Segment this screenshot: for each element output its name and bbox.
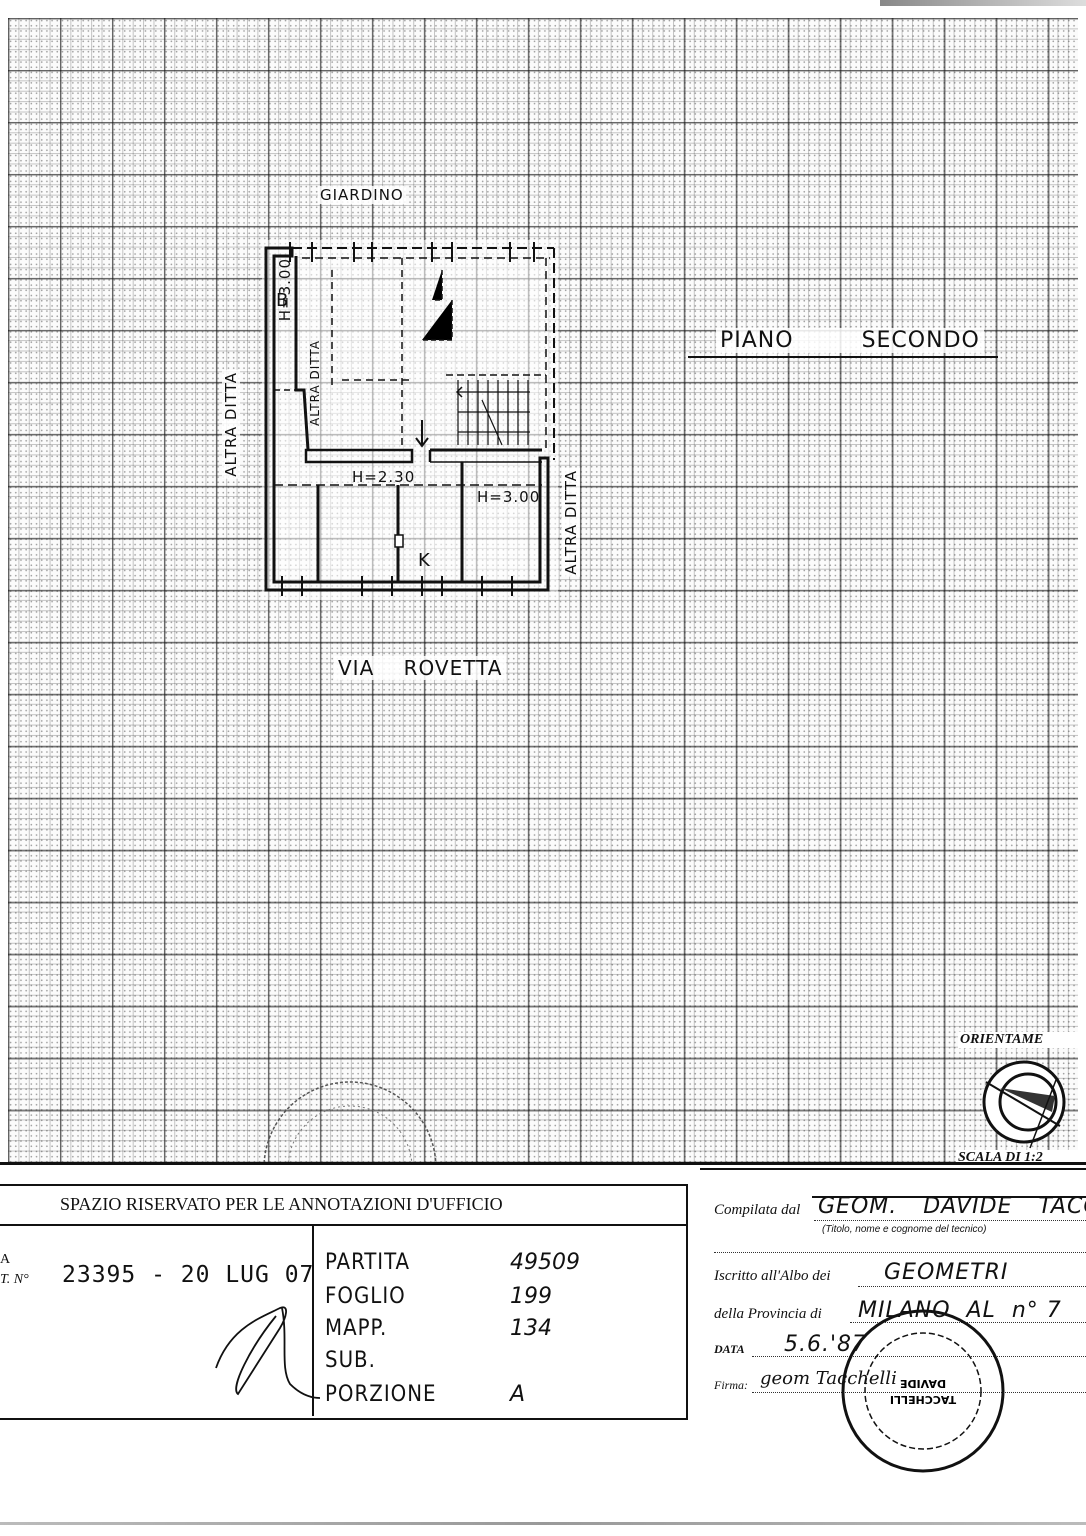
divider-right [700,1168,1086,1170]
porzione-value: A [510,1382,525,1407]
porzione-label: PORZIONE [325,1382,437,1407]
handwritten-mark-icon [210,1298,320,1408]
compiled-by-hint: (Titolo, nome e cognome del tecnico) [822,1224,986,1235]
prot-number: 23395 - 20 LUG 07 [62,1262,314,1288]
room-k-label: K [418,550,431,571]
svg-text:TACCHELLI: TACCHELLI [890,1393,956,1406]
professional-stamp-icon: TACCHELLI DAVIDE [838,1306,1008,1476]
office-box-header-divider [0,1224,688,1226]
office-box-title: SPAZIO RISERVATO PER LE ANNOTAZIONI D'UF… [60,1194,503,1215]
prot-label: T. N° [0,1272,29,1288]
floor-title: PIANO SECONDO [716,328,984,353]
height-label-room: H=3.00 [477,488,540,506]
orientation-label: ORIENTAME [958,1032,1082,1048]
albo-value: GEOMETRI [884,1260,1008,1285]
albo-label: Iscritto all'Albo dei [714,1268,831,1285]
mapp-value: 134 [510,1316,552,1341]
floor-plan: B H=3.00 ALTRA DITTA H=2.30 H=3.00 K [262,240,558,600]
north-label: GIARDINO [318,186,406,204]
scan-edge [880,0,1086,6]
floor-plan-drawing [262,240,558,600]
partita-label: PARTITA [325,1250,410,1275]
scan-edge-bottom [0,1522,1086,1525]
compiled-by-value: GEOM. DAVIDE TACCH [818,1194,1086,1219]
foglio-value: 199 [510,1284,552,1309]
blank-line [714,1252,1086,1253]
compiled-by-label: Compilata dal [714,1202,800,1219]
svg-text:DAVIDE: DAVIDE [900,1377,946,1390]
divider-top [0,1162,1086,1165]
south-label: VIA ROVETTA [334,656,506,680]
height-label-corridor: H=2.30 [352,468,415,486]
foglio-label: FOGLIO [325,1284,406,1309]
height-label-b: H=3.00 [276,258,294,321]
albo-line [858,1286,1086,1287]
mapp-label: MAPP. [325,1316,387,1341]
firma-label: Firma: [714,1378,748,1393]
data-label: DATA [714,1342,745,1357]
west-label: ALTRA DITTA [222,370,240,479]
floor-title-underline [688,356,998,358]
inner-altra-ditta-label: ALTRA DITTA [308,340,322,426]
north-arrow-icon [980,1060,1086,1150]
partita-value: 49509 [510,1250,580,1275]
compiled-by-line [814,1220,1086,1221]
provincia-label: della Provincia di [714,1306,822,1323]
sub-label: SUB. [325,1348,376,1373]
east-label: ALTRA DITTA [562,468,580,577]
prot-prefix: A [0,1252,10,1268]
